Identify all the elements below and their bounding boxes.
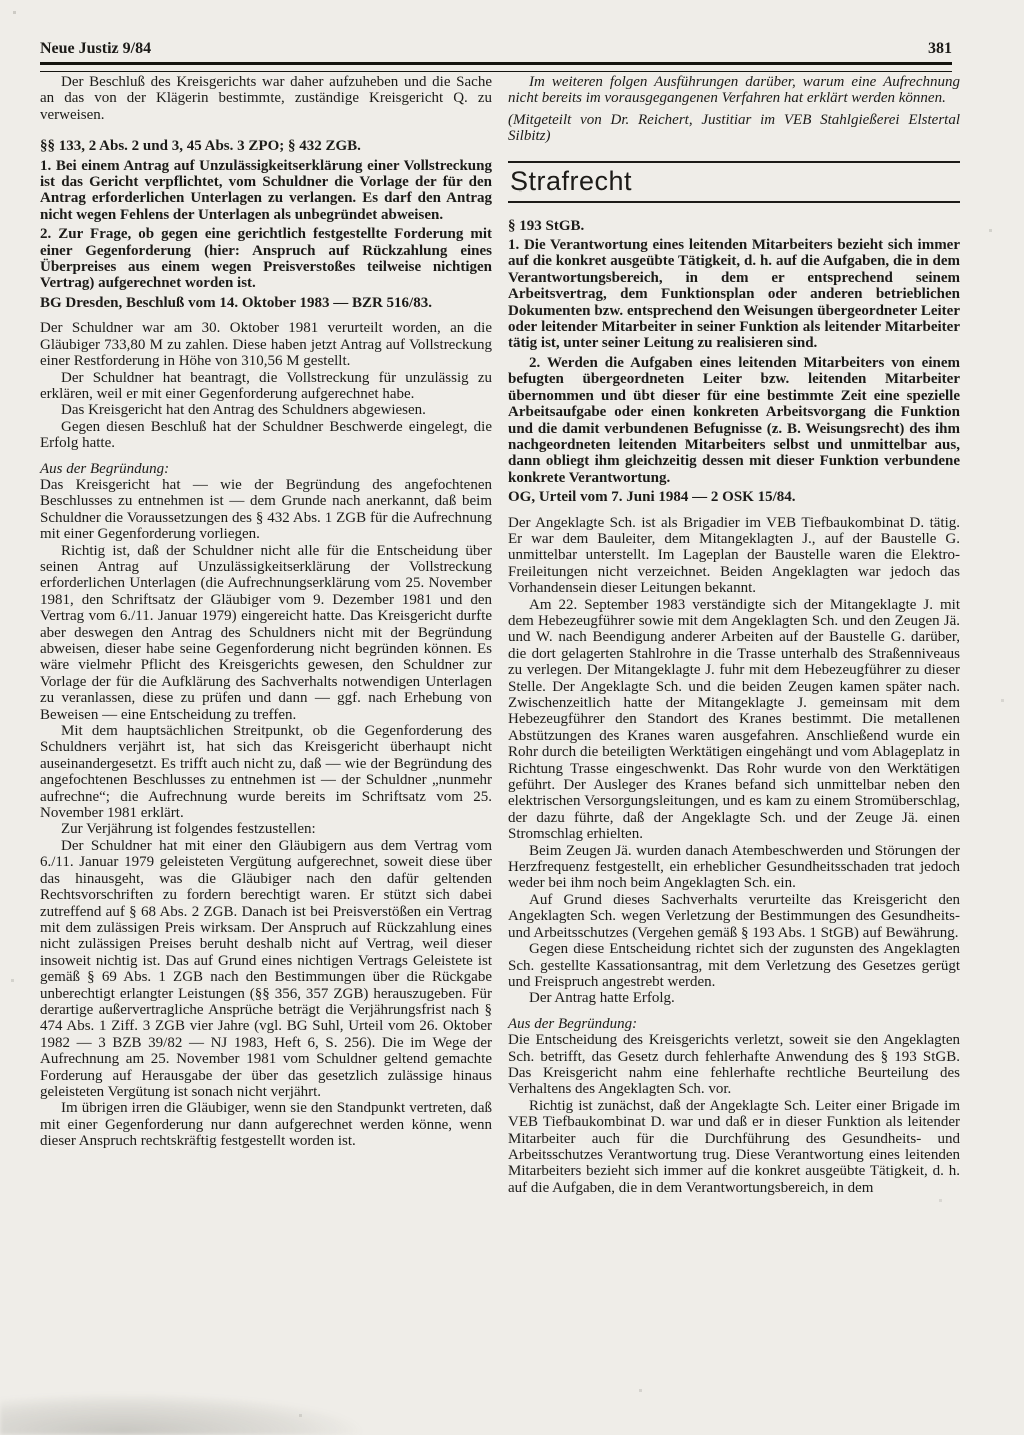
paragraph-body: Die Entscheidung des Kreisgerichts verle…	[508, 1032, 960, 1098]
paragraph-body-indent: Richtig ist, daß der Schuldner nicht all…	[40, 543, 492, 723]
journal-title: Neue Justiz 9/84	[40, 40, 151, 58]
section-paragraphs: § 193 StGB.1. Die Verantwortung eines le…	[508, 218, 960, 1197]
paragraph-body-indent: Gegen diese Entscheidung richtet sich de…	[508, 941, 960, 990]
paragraph-body-indent: Der Antrag hatte Erfolg.	[508, 990, 960, 1006]
paragraph-body-indent: Zur Verjährung ist folgendes festzustell…	[40, 821, 492, 837]
paragraph-body-indent: Am 22. September 1983 verständigte sich …	[508, 597, 960, 843]
paragraph-reasons-heading: Aus der Begründung:	[40, 461, 492, 477]
paragraph-facts-first: Der Schuldner war am 30. Oktober 1981 ve…	[40, 320, 492, 369]
paragraph-body-indent: Der Schuldner hat mit einer den Gläubige…	[40, 838, 492, 1101]
section-heading-strafrecht: Strafrecht	[508, 161, 960, 203]
paragraph-italic-note: (Mitgeteilt von Dr. Reichert, Justitiar …	[508, 112, 960, 145]
paragraph-statute-heading: §§ 133, 2 Abs. 2 und 3, 45 Abs. 3 ZPO; §…	[40, 138, 492, 154]
scanned-page: Neue Justiz 9/84 381 Der Beschluß des Kr…	[0, 0, 1024, 1435]
paragraph-headnote: 1. Bei einem Antrag auf Unzulässigkeitse…	[40, 158, 492, 224]
paragraph-headnote: 2. Zur Frage, ob gegen eine gerichtlich …	[40, 226, 492, 292]
paragraph-statute-heading: § 193 StGB.	[508, 218, 960, 234]
section-title: Strafrecht	[510, 166, 960, 196]
paragraph-body-indent: Das Kreisgericht hat den Antrag des Schu…	[40, 402, 492, 418]
paragraph-court-ref: BG Dresden, Beschluß vom 14. Oktober 198…	[40, 295, 492, 311]
paragraph-body-indent: Mit dem hauptsächlichen Streitpunkt, ob …	[40, 723, 492, 821]
paragraph-court-ref: OG, Urteil vom 7. Juni 1984 — 2 OSK 15/8…	[508, 489, 960, 505]
paragraph-facts-first: Der Angeklagte Sch. ist als Brigadier im…	[508, 515, 960, 597]
page-number: 381	[928, 40, 952, 58]
paragraph-reasons-heading: Aus der Begründung:	[508, 1016, 960, 1032]
scan-artifact	[0, 1384, 560, 1435]
paragraph-body-indent: Richtig ist zunächst, daß der Angeklagte…	[508, 1098, 960, 1196]
page-header: Neue Justiz 9/84 381	[40, 40, 952, 58]
paragraph-body-indent: Der Schuldner hat beantragt, die Vollstr…	[40, 370, 492, 403]
scan-specks	[0, 0, 1, 1]
paragraph-body-indent: Beim Zeugen Jä. wurden danach Atembeschw…	[508, 843, 960, 892]
intro-paragraphs: Im weiteren folgen Ausführungen darüber,…	[508, 74, 960, 145]
paragraph-body: Das Kreisgericht hat — wie der Begründun…	[40, 477, 492, 543]
paragraph-body-indent: Gegen diesen Beschluß hat der Schuldner …	[40, 419, 492, 452]
paragraph-headnote: 1. Die Verantwortung eines leitenden Mit…	[508, 237, 960, 352]
right-column: Im weiteren folgen Ausführungen darüber,…	[508, 74, 960, 1196]
header-rule	[40, 62, 952, 72]
paragraph-body-indent: Der Beschluß des Kreisgerichts war daher…	[40, 74, 492, 123]
paragraph-body-indent: Auf Grund dieses Sachverhalts verurteilt…	[508, 892, 960, 941]
paragraph-body-indent: Im übrigen irren die Gläubiger, wenn sie…	[40, 1100, 492, 1149]
paragraph-italic-indent: Im weiteren folgen Ausführungen darüber,…	[508, 74, 960, 107]
left-column: Der Beschluß des Kreisgerichts war daher…	[40, 74, 492, 1150]
paragraph-headnote-indent: 2. Werden die Aufgaben eines leitenden M…	[508, 355, 960, 486]
